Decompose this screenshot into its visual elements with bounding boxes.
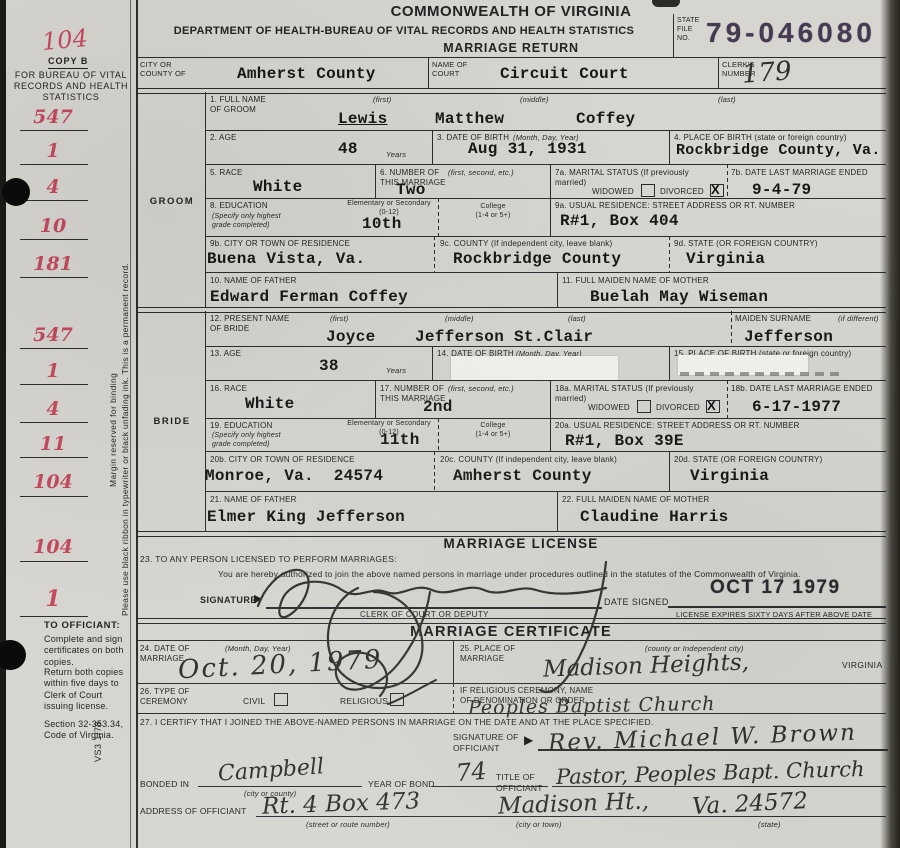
border-line (434, 236, 435, 272)
religious-label: RELIGIOUS (340, 696, 388, 707)
marriage-date-value: Oct. 20, 1979 (177, 647, 383, 684)
groom-birth-date: Aug 31, 1931 (468, 141, 587, 157)
border-line (205, 491, 886, 492)
civil-checkbox (274, 693, 288, 706)
margin-entry-line (20, 200, 88, 201)
city-hint: (city or town) (516, 820, 562, 829)
border-line (557, 491, 558, 531)
bride-residence-county: Amherst County (453, 468, 592, 484)
court-value: Circuit Court (500, 66, 629, 82)
date-signed-line (668, 606, 886, 608)
state-file-number-stamp: 79-046080 (706, 17, 876, 49)
border-line (453, 640, 454, 683)
border-line (669, 130, 670, 164)
border-line (136, 683, 886, 684)
border-line (550, 418, 551, 451)
state-file-label: STATE FILE NO. (677, 16, 700, 43)
marriage-return-scan: 104 COPY B FOR BUREAU OF VITAL RECORDS A… (0, 0, 900, 848)
border-line (727, 380, 728, 418)
bonded-in-label: BONDED IN (140, 779, 189, 790)
officiant-address-line (256, 816, 886, 817)
field-20b-label: 20b. CITY OR TOWN OF RESIDENCE (210, 455, 355, 465)
bride-middle-last-name: Jefferson St.Clair (415, 329, 593, 345)
maiden-surname-hint: (if different) (838, 314, 879, 323)
field-25-label: 25. PLACE OF MARRIAGE (460, 644, 515, 664)
officiant-address-city: Madison Ht., (498, 790, 650, 818)
margin-entry-line (20, 239, 88, 240)
officiant-note-heading: TO OFFICIANT: (44, 620, 120, 632)
groom-birth-place: Rockbridge County, Va. (676, 143, 881, 158)
first-hint: (first) (330, 314, 348, 323)
margin-entry-line (20, 616, 88, 617)
margin-entry: 1 (18, 588, 88, 610)
marriage-place-value: Madison Heights, (543, 651, 750, 681)
copy-description: FOR BUREAU OF VITAL RECORDS AND HEALTH S… (10, 70, 132, 102)
groom-section-label: GROOM (140, 196, 204, 208)
groom-residence-city: Buena Vista, Va. (207, 251, 365, 267)
groom-residence-county: Rockbridge County (453, 251, 621, 267)
groom-education: 10th (362, 216, 402, 232)
city-county-label: CITY OR COUNTY OF (140, 60, 186, 79)
divorced-label: DIVORCED (660, 187, 704, 197)
officiant-title-line (552, 786, 886, 787)
last-hint: (last) (568, 314, 586, 323)
border-line (669, 236, 670, 272)
officiant-note-2: Return both copies within five days to C… (44, 667, 132, 712)
border-line (375, 380, 376, 418)
groom-residence-state: Virginia (686, 251, 765, 267)
title-of-officiant-label: TITLE OF OFFICIANT (496, 772, 543, 793)
border-line (375, 164, 376, 198)
field-10-label: 10. NAME OF FATHER (210, 276, 297, 286)
groom-mother: Buelah May Wiseman (590, 289, 768, 305)
border-line (453, 683, 454, 713)
denomination-value: Peoples Baptist Church (468, 695, 716, 718)
scan-left-edge (0, 0, 6, 848)
field-22-label: 22. FULL MAIDEN NAME OF MOTHER (562, 495, 710, 505)
state-hint: (state) (758, 820, 781, 829)
bride-maiden-surname: Jefferson (744, 329, 833, 345)
field-9b-label: 9b. CITY OR TOWN OF RESIDENCE (210, 239, 350, 249)
margin-entry-line (20, 496, 88, 497)
officiant-address-street: Rt. 4 Box 473 (262, 790, 421, 819)
years-label: Years (386, 366, 406, 375)
margin-entry: 1 (18, 142, 88, 161)
margin-entry: 104 (18, 538, 88, 557)
margin-entry: 547 (18, 326, 88, 345)
field-9a-label: 9a. USUAL RESIDENCE: STREET ADDRESS OR R… (555, 201, 875, 211)
widowed-checkbox (637, 400, 651, 413)
border-line (550, 198, 551, 236)
border-line (557, 272, 558, 307)
field-8-label: 8. EDUCATION (210, 201, 268, 211)
margin-entry-line (20, 384, 88, 385)
widowed-checkbox (641, 184, 655, 197)
officiant-signature-line (538, 749, 888, 751)
margin-entry-line (20, 422, 88, 423)
border-line (731, 311, 732, 346)
years-label: Years (386, 150, 406, 159)
civil-label: CIVIL (243, 696, 265, 707)
margin-entry: 547 (18, 108, 88, 127)
address-of-officiant-label: ADDRESS OF OFFICIANT (140, 806, 246, 817)
clerk-number-value: 179 (741, 58, 792, 87)
officiant-title-value: Pastor, Peoples Bapt. Church (556, 759, 865, 788)
college-label: College (1-4 or 5+) (460, 203, 526, 221)
bride-residence: R#1, Box 39E (565, 433, 684, 449)
field-12-label: 12. PRESENT NAME OF BRIDE (210, 314, 290, 334)
bride-marriage-number: 2nd (423, 399, 453, 415)
border-line (205, 380, 886, 381)
field-11-label: 11. FULL MAIDEN NAME OF MOTHER (562, 276, 709, 286)
year-of-bond-value: 74 (455, 759, 488, 786)
groom-race: White (253, 179, 303, 195)
copy-label: COPY B (48, 56, 88, 69)
border-line (205, 92, 206, 307)
state-printed-label: VIRGINIA (842, 660, 883, 671)
divorced-check-mark: X (711, 183, 720, 196)
code-reference: Section 32-353.34, Code of Virginia. (44, 719, 139, 742)
divorced-check-mark: X (707, 399, 716, 412)
field-13-label: 13. AGE (210, 349, 241, 359)
field-26-label: 26. TYPE OF CEREMONY (140, 687, 190, 707)
border-line (434, 451, 435, 491)
border-line (673, 14, 674, 57)
border-line (205, 130, 886, 131)
bride-age: 38 (319, 358, 339, 374)
bride-residence-state: Virginia (690, 468, 769, 484)
field-7b-label: 7b. DATE LAST MARRIAGE ENDED (731, 168, 886, 178)
department-title: DEPARTMENT OF HEALTH-BUREAU OF VITAL REC… (136, 25, 672, 39)
middle-hint: (middle) (520, 95, 549, 104)
field-19-label: 19. EDUCATION (210, 421, 272, 431)
bonded-in-value: Campbell (217, 756, 324, 785)
field-23-label: 23. TO ANY PERSON LICENSED TO PERFORM MA… (140, 554, 397, 565)
border-line (550, 380, 551, 418)
widowed-label: WIDOWED (592, 187, 634, 197)
bonded-line (198, 786, 362, 787)
groom-marriage-number: Two (396, 182, 426, 198)
margin-entry-line (20, 561, 88, 562)
field-9d-label: 9d. STATE (OR FOREIGN COUNTRY) (674, 239, 818, 249)
officiant-note-1: Complete and sign certificates on both c… (44, 634, 132, 668)
date-signed-label: DATE SIGNED (604, 597, 669, 608)
field-19-note: (Specify only highest grade completed) (212, 432, 281, 450)
certificate-title: MARRIAGE CERTIFICATE (136, 625, 886, 640)
city-county-value: Amherst County (237, 66, 376, 82)
bride-race: White (245, 396, 295, 412)
bride-last-marriage-ended: 6-17-1977 (752, 399, 841, 415)
divorced-label: DIVORCED (656, 403, 700, 413)
margin-entry: 181 (18, 255, 88, 274)
field-2-label: 2. AGE (210, 133, 237, 143)
margin-binding-note: Margin reserved for binding (108, 373, 119, 487)
redaction-box (451, 356, 618, 380)
signature-arrow-icon: ▶ (524, 733, 533, 747)
margin-entry-line (20, 457, 88, 458)
border-line (205, 164, 886, 165)
first-hint: (first) (373, 95, 391, 104)
maiden-surname-label: MAIDEN SURNAME (735, 314, 811, 324)
bride-first-name: Joyce (326, 329, 376, 345)
border-line (438, 418, 439, 451)
street-hint: (street or route number) (306, 820, 390, 829)
signature-line (266, 607, 602, 609)
margin-entry-line (20, 348, 88, 349)
border-line (428, 57, 429, 88)
officiant-address-state: Va. 24572 (691, 790, 808, 819)
border-line (432, 130, 433, 164)
bride-section-label: BRIDE (140, 416, 204, 428)
groom-father: Edward Ferman Coffey (210, 289, 408, 305)
field-21-label: 21. NAME OF FATHER (210, 495, 297, 505)
margin-page-number: 104 (41, 26, 89, 54)
section-divider (136, 307, 886, 313)
border-line (550, 164, 551, 198)
border-line (205, 272, 886, 273)
border-line (136, 640, 886, 641)
section-divider (136, 88, 886, 94)
college-label: College (1-4 or 5+) (460, 422, 526, 440)
field-20a-label: 20a. USUAL RESIDENCE: STREET ADDRESS OR … (555, 421, 875, 431)
religious-check-mark (384, 677, 440, 707)
field-7a-label: 7a. MARITAL STATUS (If previously marrie… (555, 168, 723, 188)
bride-father: Elmer King Jefferson (207, 509, 405, 525)
field-6-hint: (first, second, etc.) (448, 168, 514, 177)
margin-entry: 4 (18, 400, 88, 419)
border-line (205, 198, 886, 199)
border-line (136, 713, 886, 714)
court-label: NAME OF COURT (432, 60, 468, 79)
groom-first-name: Lewis (338, 111, 388, 127)
margin-entry: 104 (18, 473, 88, 492)
margin-ink-note: Please use black ribbon in typewriter or… (120, 263, 131, 616)
groom-residence: R#1, Box 404 (560, 213, 679, 229)
border-line (669, 451, 670, 491)
hole-punch (0, 640, 26, 670)
date-signed-stamp: OCT 17 1979 (710, 577, 841, 599)
groom-middle-name: Matthew (435, 111, 504, 127)
border-line (205, 451, 886, 452)
field-17-hint: (first, second, etc.) (448, 384, 514, 393)
last-hint: (last) (718, 95, 736, 104)
border-line (727, 164, 728, 198)
signature-label: SIGNATURE (200, 595, 257, 606)
widowed-label: WIDOWED (588, 403, 630, 413)
bride-education: 11th (380, 432, 420, 448)
field-16-label: 16. RACE (210, 384, 247, 394)
border-line (669, 346, 670, 380)
margin-entry-line (20, 130, 88, 131)
license-title: MARRIAGE LICENSE (136, 537, 900, 551)
bride-mother: Claudine Harris (580, 509, 729, 525)
scan-right-edge (880, 0, 900, 848)
border-line (205, 311, 206, 531)
bride-residence-city: Monroe, Va. 24574 (205, 468, 383, 484)
border-line (438, 198, 439, 236)
border-line (205, 236, 886, 237)
field-8-note: (Specify only highest grade completed) (212, 213, 281, 231)
field-5-label: 5. RACE (210, 168, 243, 178)
hole-punch (2, 178, 30, 206)
field-1-label: 1. FULL NAME OF GROOM (210, 95, 266, 115)
groom-last-marriage-ended: 9-4-79 (752, 182, 811, 198)
field-20d-label: 20d. STATE (OR FOREIGN COUNTRY) (674, 455, 822, 465)
officiant-signature-label: SIGNATURE OF OFFICIANT (453, 732, 519, 753)
groom-age: 48 (338, 141, 358, 157)
middle-hint: (middle) (445, 314, 474, 323)
border-line (205, 346, 886, 347)
signature-arrow-icon: ▶ (254, 592, 262, 605)
margin-entry: 11 (18, 435, 88, 454)
border-line (205, 418, 886, 419)
groom-last-name: Coffey (576, 111, 635, 127)
border-line (718, 57, 719, 88)
redaction-remnant (680, 372, 840, 376)
margin-entry-line (20, 277, 88, 278)
field-18b-label: 18b. DATE LAST MARRIAGE ENDED (731, 384, 886, 394)
field-9c-label: 9c. COUNTY (If independent city, leave b… (440, 239, 612, 249)
field-20c-label: 20c. COUNTY (If independent city, leave … (440, 455, 617, 465)
border-line (432, 346, 433, 380)
margin-entry: 10 (18, 217, 88, 236)
margin-entry-line (20, 164, 88, 165)
margin-entry: 1 (18, 362, 88, 381)
